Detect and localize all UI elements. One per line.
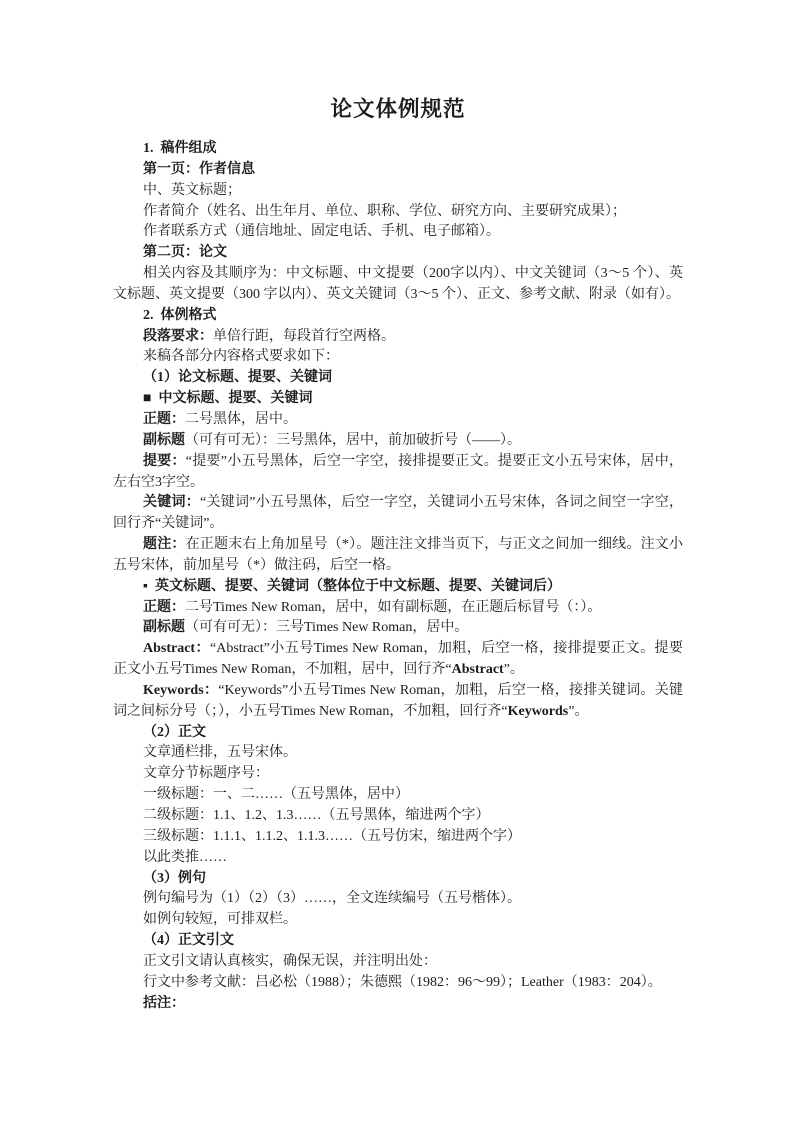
para-body-layout: 文章通栏排，五号宋体。: [113, 743, 683, 764]
bold-text-segment: 第二页：论文: [143, 245, 227, 260]
text-segment: 二号Times New Roman，居中，如有副标题，在正题后标冒号（：）。: [185, 600, 601, 615]
para-section-numbering-intro: 文章分节标题序号：: [113, 764, 683, 785]
heading-page2-paper: 第二页：论文: [113, 243, 683, 264]
bold-text-segment: （3）例句: [143, 871, 206, 886]
heading-page1-author-info: 第一页：作者信息: [113, 160, 683, 181]
document-body: 1. 稿件组成第一页：作者信息中、英文标题；作者简介（姓名、出生年月、单位、职称…: [113, 139, 683, 1014]
bold-text-segment: 1. 稿件组成: [143, 141, 217, 156]
text-segment: 正文引文请认真核实，确保无误，并注明出处：: [143, 954, 437, 969]
bold-text-segment: 关键词：: [143, 495, 200, 510]
bold-text-segment: Abstract: [452, 662, 504, 677]
para-content-order: 相关内容及其顺序为：中文标题、中文提要（200字以内）、中文关键词（3～5 个）…: [113, 264, 683, 306]
text-segment: 二号黑体，居中。: [185, 412, 297, 427]
para-and-so-on: 以此类推……: [113, 848, 683, 869]
para-author-bio: 作者简介（姓名、出生年月、单位、职称、学位、研究方向、主要研究成果）；: [113, 202, 683, 223]
heading-section3-example-sentences: （3）例句: [113, 869, 683, 890]
bold-text-segment: （2）正文: [143, 725, 206, 740]
para-level2-heading-rule: 二级标题：1.1、1.2、1.3……（五号黑体，缩进两个字）: [113, 806, 683, 827]
para-cn-en-titles: 中、英文标题；: [113, 181, 683, 202]
text-segment: 作者简介（姓名、出生年月、单位、职称、学位、研究方向、主要研究成果）；: [143, 204, 626, 219]
para-paragraph-requirements: 段落要求：单倍行距，每段首行空两格。: [113, 327, 683, 348]
bold-text-segment: 副标题: [143, 433, 185, 448]
text-segment: 单倍行距，每段首行空两格。: [213, 329, 395, 344]
bold-text-segment: 提要：: [143, 454, 186, 469]
bold-text-segment: 题注：: [143, 537, 186, 552]
text-segment: 中、英文标题；: [143, 183, 241, 198]
bold-text-segment: ▪ 英文标题、提要、关键词（整体位于中文标题、提要、关键词后）: [143, 579, 561, 594]
bold-text-segment: （4）正文引文: [143, 933, 234, 948]
heading-cn-title-block: ■ 中文标题、提要、关键词: [113, 389, 683, 410]
text-segment: 行文中参考文献：吕必松（1988）；朱德熙（1982：96～99）；Leathe…: [143, 975, 662, 990]
para-citation-examples: 行文中参考文献：吕必松（1988）；朱德熙（1982：96～99）；Leathe…: [113, 973, 683, 994]
para-en-abstract: Abstract：“Abstract”小五号Times New Roman，加粗…: [113, 639, 683, 681]
bold-text-segment: （1）论文标题、提要、关键词: [143, 370, 332, 385]
para-en-subtitle: 副标题（可有可无）：三号Times New Roman，居中。: [113, 618, 683, 639]
bold-text-segment: ■ 中文标题、提要、关键词: [143, 391, 312, 406]
para-example-numbering: 例句编号为（1）（2）（3）……，全文连续编号（五号楷体）。: [113, 889, 683, 910]
text-segment: “提要”小五号黑体，后空一字空，接排提要正文。提要正文小五号宋体，居中，左右空3…: [113, 454, 683, 490]
para-cn-subtitle: 副标题（可有可无）：三号黑体，居中，前加破折号（——）。: [113, 431, 683, 452]
text-segment: 一级标题：一、二……（五号黑体，居中）: [143, 787, 409, 802]
bold-text-segment: Keywords: [508, 704, 569, 719]
text-segment: （可有可无）：三号Times New Roman，居中。: [185, 620, 468, 635]
heading-section4-citations: （4）正文引文: [113, 931, 683, 952]
para-format-intro: 来稿各部分内容格式要求如下：: [113, 347, 683, 368]
text-segment: 以此类推……: [143, 850, 227, 865]
bold-text-segment: 副标题: [143, 620, 185, 635]
text-segment: 三级标题：1.1.1、1.1.2、1.1.3……（五号仿宋，缩进两个字）: [143, 829, 521, 844]
para-cn-abstract: 提要：“提要”小五号黑体，后空一字空，接排提要正文。提要正文小五号宋体，居中，左…: [113, 452, 683, 494]
bold-text-segment: 括注：: [143, 996, 185, 1011]
bold-text-segment: 段落要求：: [143, 329, 213, 344]
text-segment: ”。: [504, 662, 524, 677]
heading-section1-title-abstract-keywords: （1）论文标题、提要、关键词: [113, 368, 683, 389]
text-segment: 文章分节标题序号：: [143, 766, 269, 781]
para-en-keywords: Keywords：“Keywords”小五号Times New Roman，加粗…: [113, 681, 683, 723]
text-segment: 例句编号为（1）（2）（3）……，全文连续编号（五号楷体）。: [143, 891, 521, 906]
para-en-main-title: 正题：二号Times New Roman，居中，如有副标题，在正题后标冒号（：）…: [113, 598, 683, 619]
bold-text-segment: 正题：: [143, 412, 185, 427]
para-cn-main-title: 正题：二号黑体，居中。: [113, 410, 683, 431]
text-segment: 二级标题：1.1、1.2、1.3……（五号黑体，缩进两个字）: [143, 808, 490, 823]
text-segment: 文章通栏排，五号宋体。: [143, 745, 297, 760]
heading-en-title-block: ▪ 英文标题、提要、关键词（整体位于中文标题、提要、关键词后）: [113, 577, 683, 598]
text-segment: 来稿各部分内容格式要求如下：: [143, 349, 339, 364]
para-cn-keywords: 关键词：“关键词”小五号黑体，后空一字空，关键词小五号宋体，各词之间空一字空，回…: [113, 493, 683, 535]
bold-text-segment: Abstract：: [143, 641, 210, 656]
para-citation-verify: 正文引文请认真核实，确保无误，并注明出处：: [113, 952, 683, 973]
heading-style-format: 2. 体例格式: [113, 306, 683, 327]
document-page: 论文体例规范 1. 稿件组成第一页：作者信息中、英文标题；作者简介（姓名、出生年…: [0, 0, 793, 1122]
para-author-contact: 作者联系方式（通信地址、固定电话、手机、电子邮箱）。: [113, 222, 683, 243]
heading-manuscript-composition: 1. 稿件组成: [113, 139, 683, 160]
text-segment: 作者联系方式（通信地址、固定电话、手机、电子邮箱）。: [143, 224, 500, 239]
para-cn-title-note: 题注：在正题末右上角加星号（*）。题注注文排当页下，与正文之间加一细线。注文小五…: [113, 535, 683, 577]
text-segment: 在正题末右上角加星号（*）。题注注文排当页下，与正文之间加一细线。注文小五号宋体…: [113, 537, 683, 573]
text-segment: 如例句较短，可排双栏。: [143, 912, 297, 927]
text-segment: ”。: [568, 704, 588, 719]
bold-text-segment: 第一页：作者信息: [143, 162, 255, 177]
para-bracket-note: 括注：: [113, 994, 683, 1015]
text-segment: 相关内容及其顺序为：中文标题、中文提要（200字以内）、中文关键词（3～5 个）…: [113, 266, 683, 302]
bold-text-segment: 正题：: [143, 600, 185, 615]
para-level1-heading-rule: 一级标题：一、二……（五号黑体，居中）: [113, 785, 683, 806]
para-level3-heading-rule: 三级标题：1.1.1、1.1.2、1.1.3……（五号仿宋，缩进两个字）: [113, 827, 683, 848]
text-segment: （可有可无）：三号黑体，居中，前加破折号（——）。: [185, 433, 521, 448]
document-title: 论文体例规范: [113, 96, 683, 123]
bold-text-segment: 2. 体例格式: [143, 308, 217, 323]
para-example-columns: 如例句较短，可排双栏。: [113, 910, 683, 931]
heading-section2-body-text: （2）正文: [113, 723, 683, 744]
bold-text-segment: Keywords：: [143, 683, 218, 698]
